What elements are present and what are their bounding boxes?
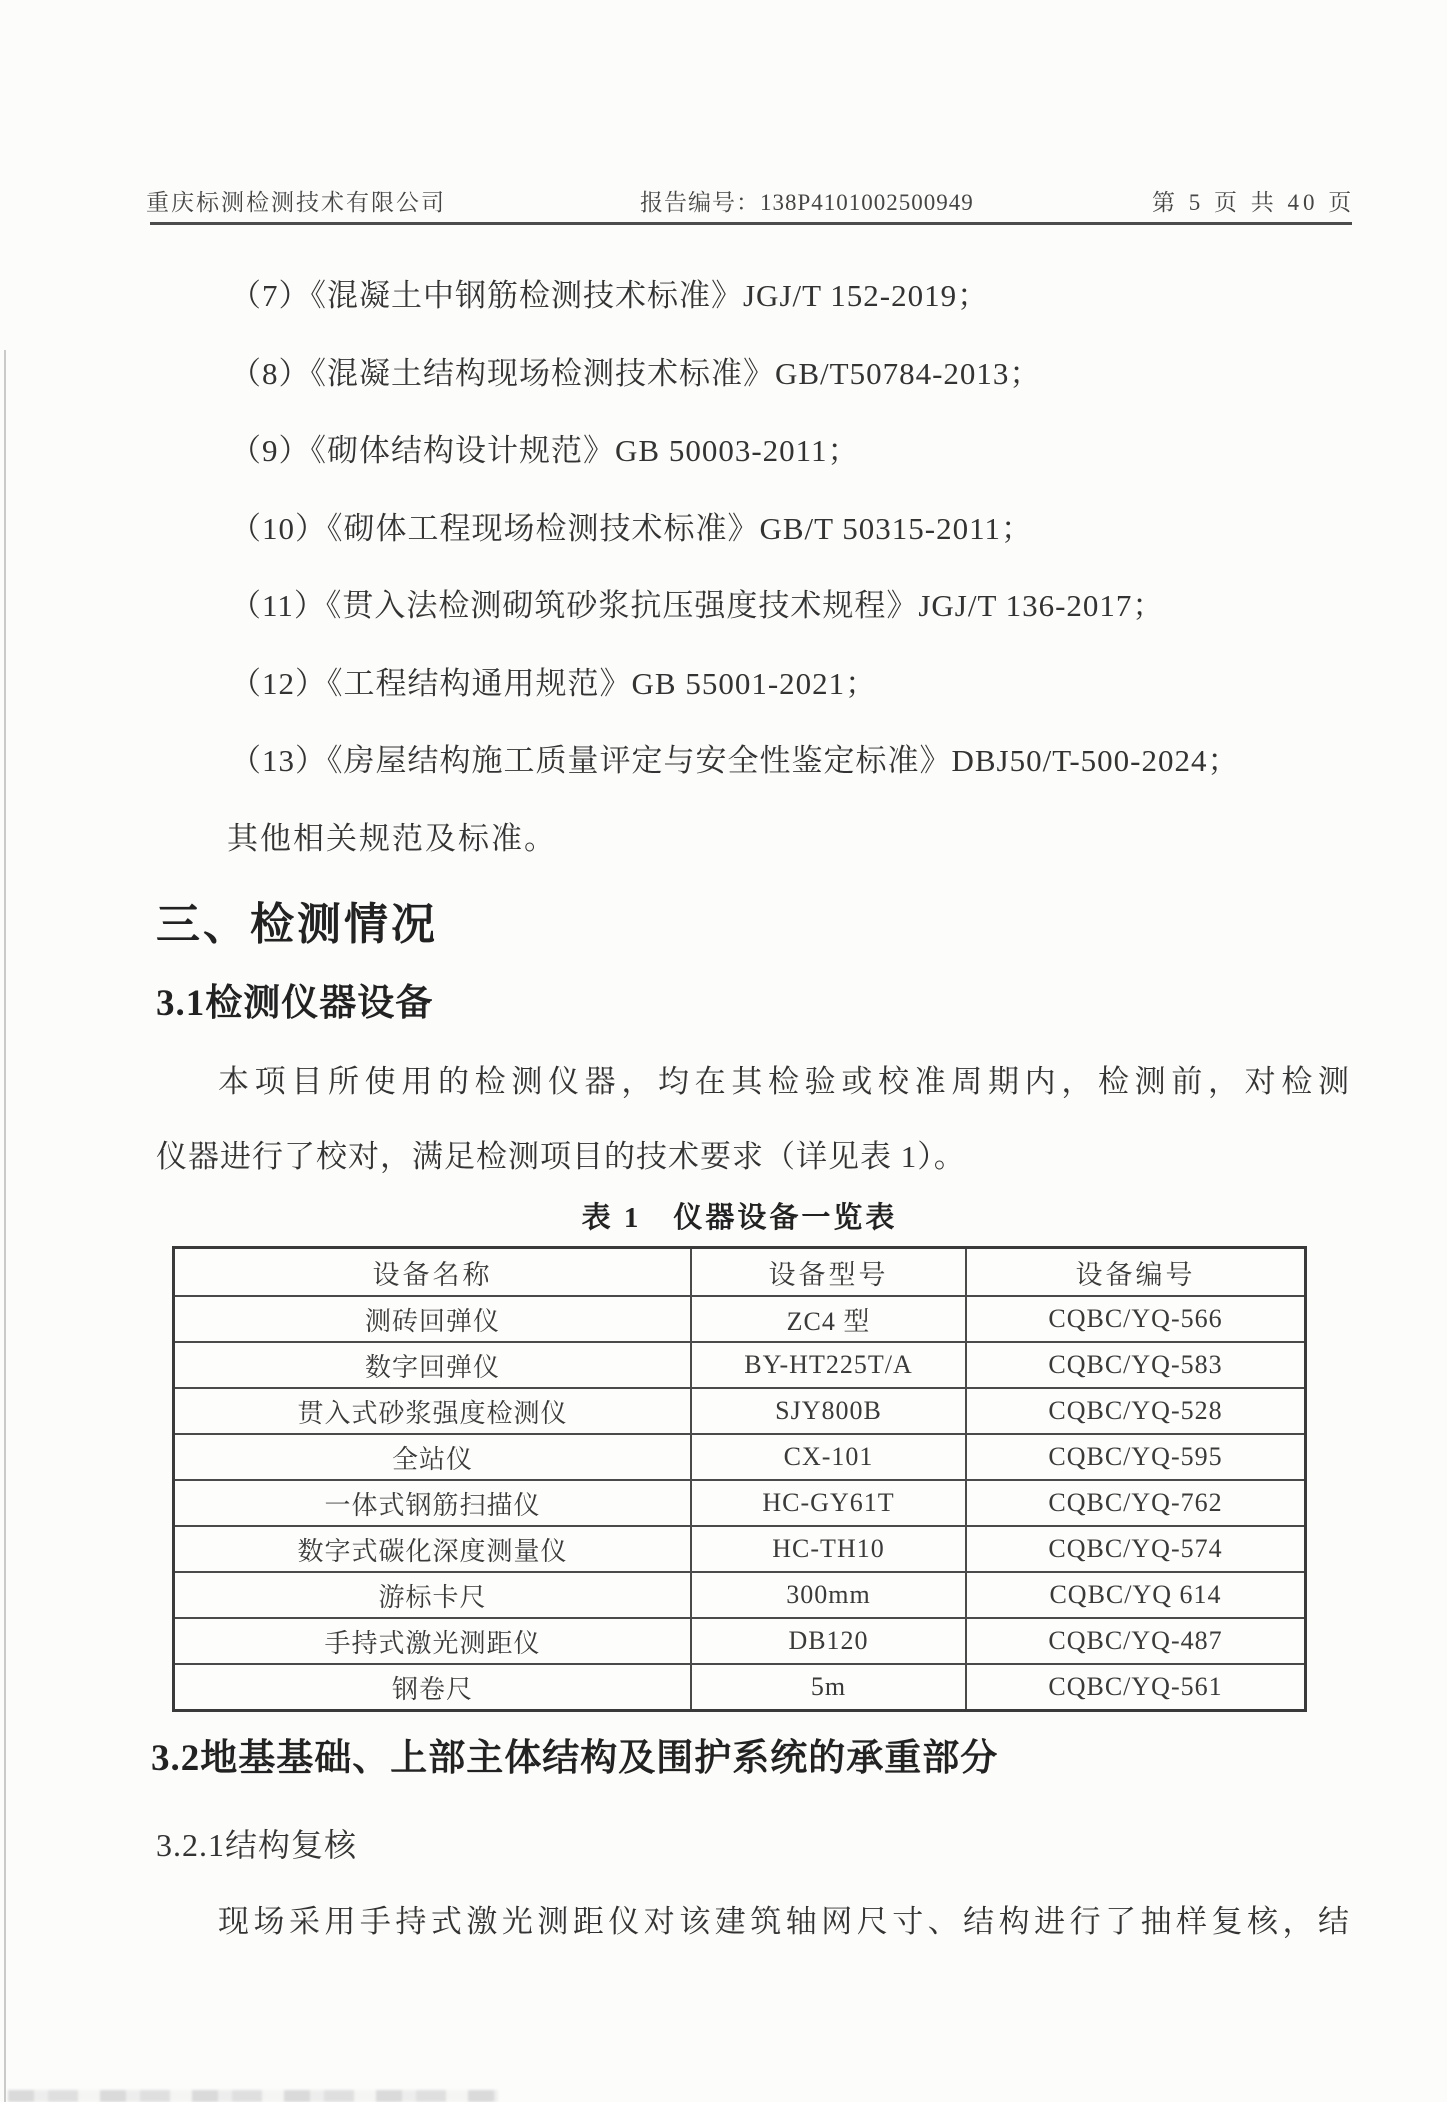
- table-cell-model: ZC4 型: [692, 1297, 967, 1343]
- table-cell-number: CQBC/YQ-487: [967, 1619, 1304, 1665]
- table-cell-model: CX-101: [692, 1435, 967, 1481]
- scan-edge-line: [4, 350, 6, 2102]
- standard-item-11: （11）《贯入法检测砌筑砂浆抗压强度技术规程》JGJ/T 136-2017；: [230, 580, 1164, 625]
- standard-item-12: （12）《工程结构通用规范》GB 55001-2021；: [230, 658, 877, 703]
- scan-bottom-smudge: [8, 2090, 498, 2102]
- table-cell-name: 贯入式砂浆强度检测仪: [175, 1389, 692, 1435]
- table-header-device-model: 设备型号: [692, 1249, 967, 1297]
- table-cell-number: CQBC/YQ-528: [967, 1389, 1304, 1435]
- section-3-1-paragraph-line-2: 仪器进行了校对，满足检测项目的技术要求（详见表 1）。: [156, 1131, 966, 1176]
- table-cell-number: CQBC/YQ-762: [967, 1481, 1304, 1527]
- table-cell-name: 手持式激光测距仪: [175, 1619, 692, 1665]
- standard-item-7: （7）《混凝土中钢筋检测技术标准》JGJ/T 152-2019；: [230, 270, 989, 315]
- section-3-1-paragraph-line-1: 本项目所使用的检测仪器，均在其检验或校准周期内，检测前，对检测: [218, 1056, 1350, 1101]
- standards-other-note: 其他相关规范及标准。: [227, 813, 557, 858]
- header-report-number: 报告编号：138P4101002500949: [640, 184, 974, 217]
- table-cell-name: 游标卡尺: [175, 1573, 692, 1619]
- equipment-table: 设备名称 设备型号 设备编号 测砖回弹仪 ZC4 型 CQBC/YQ-566 数…: [172, 1246, 1307, 1712]
- table-1-caption: 表 1 仪器设备一览表: [172, 1195, 1307, 1236]
- table-cell-number: CQBC/YQ-583: [967, 1343, 1304, 1389]
- table-cell-number: CQBC/YQ-566: [967, 1297, 1304, 1343]
- standard-item-8: （8）《混凝土结构现场检测技术标准》GB/T50784-2013；: [230, 348, 1041, 393]
- table-cell-name: 全站仪: [175, 1435, 692, 1481]
- section-3-2-title: 3.2地基基础、上部主体结构及围护系统的承重部分: [151, 1727, 998, 1781]
- standard-item-13: （13）《房屋结构施工质量评定与安全性鉴定标准》DBJ50/T-500-2024…: [230, 735, 1239, 780]
- table-header-device-number: 设备编号: [967, 1249, 1304, 1297]
- table-cell-model: HC-GY61T: [692, 1481, 967, 1527]
- section-3-title: 三、检测情况: [156, 888, 438, 952]
- section-3-2-1-paragraph: 现场采用手持式激光测距仪对该建筑轴网尺寸、结构进行了抽样复核，结: [218, 1896, 1350, 1941]
- table-cell-number: CQBC/YQ 614: [967, 1573, 1304, 1619]
- table-cell-name: 数字式碳化深度测量仪: [175, 1527, 692, 1573]
- standard-item-10: （10）《砌体工程现场检测技术标准》GB/T 50315-2011；: [230, 503, 1033, 548]
- table-cell-number: CQBC/YQ-561: [967, 1665, 1304, 1709]
- table-cell-name: 数字回弹仪: [175, 1343, 692, 1389]
- table-cell-name: 一体式钢筋扫描仪: [175, 1481, 692, 1527]
- table-cell-model: BY-HT225T/A: [692, 1343, 967, 1389]
- section-3-2-1-title: 3.2.1结构复核: [156, 1820, 357, 1866]
- standard-item-9: （9）《砌体结构设计规范》GB 50003-2011；: [230, 425, 860, 470]
- header-page-indicator: 第 5 页 共 40 页: [1152, 184, 1355, 217]
- header-company-name: 重庆标测检测技术有限公司: [146, 184, 446, 217]
- table-cell-model: HC-TH10: [692, 1527, 967, 1573]
- table-header-device-name: 设备名称: [175, 1249, 692, 1297]
- table-cell-model: DB120: [692, 1619, 967, 1665]
- table-cell-model: 300mm: [692, 1573, 967, 1619]
- section-3-1-title: 3.1检测仪器设备: [156, 972, 433, 1026]
- table-cell-name: 钢卷尺: [175, 1665, 692, 1709]
- header-rule: [150, 222, 1352, 225]
- table-cell-number: CQBC/YQ-595: [967, 1435, 1304, 1481]
- table-cell-model: SJY800B: [692, 1389, 967, 1435]
- table-cell-model: 5m: [692, 1665, 967, 1709]
- table-cell-name: 测砖回弹仪: [175, 1297, 692, 1343]
- table-cell-number: CQBC/YQ-574: [967, 1527, 1304, 1573]
- document-page: 重庆标测检测技术有限公司 报告编号：138P4101002500949 第 5 …: [0, 0, 1447, 2102]
